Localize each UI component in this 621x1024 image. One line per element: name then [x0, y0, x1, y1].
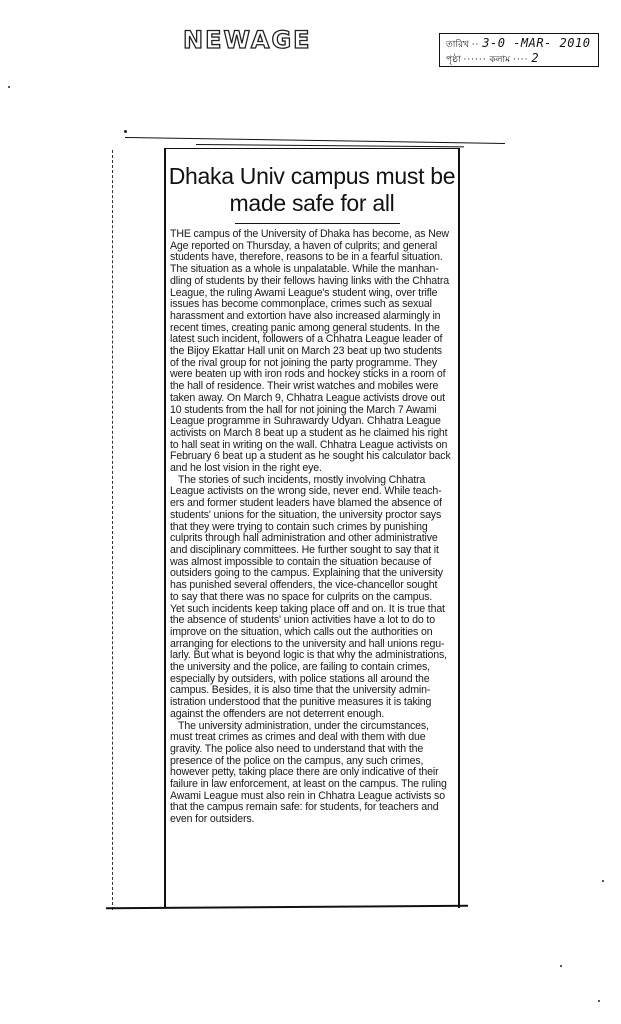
clipping-bottom-rule [106, 905, 468, 910]
clipping-left-edge [112, 150, 113, 910]
article-line: the university and the police, are faili… [170, 662, 458, 674]
article-line: students' unions for the situation, the … [170, 510, 458, 522]
article-line: improve on the situation, which calls ou… [170, 627, 458, 639]
stamp-dots: ······ [463, 55, 486, 65]
article-line: against the offenders are not deterrent … [170, 709, 458, 721]
scan-speck [598, 1000, 600, 1002]
stamp-date-row: তারিখ ·· 3-0 -MAR- 2010 [446, 36, 590, 52]
clipping-top-rule-inner [196, 144, 464, 147]
scan-speck [560, 965, 562, 967]
stamp-dots: ·· [472, 40, 480, 50]
clipping-top-rule [125, 137, 505, 144]
scan-speck [124, 130, 127, 133]
stamp-column-value: 2 [531, 51, 539, 65]
article-line: and he lost vision in the right eye. [170, 463, 458, 475]
article-line: activists on March 8 beat up a student a… [170, 428, 458, 440]
stamp-column-label: কলাম [490, 55, 511, 65]
stamp-dots: ···· [513, 55, 528, 65]
article-headline: Dhaka Univ campus must be made safe for … [166, 163, 458, 217]
article-line: taken away. On March 9, Chhatra League a… [170, 393, 458, 405]
newspaper-masthead: NEWAGE [183, 26, 312, 54]
article-line: dling of students by their fellows havin… [170, 276, 458, 288]
article-line: even for outsiders. [170, 814, 458, 826]
article-line: failure in law enforcement, at least on … [170, 779, 458, 791]
article-body: THE campus of the University of Dhaka ha… [170, 229, 458, 826]
article-line: gravity. The police also need to underst… [170, 744, 458, 756]
article-line: the Bijoy Ekattar Hall unit on March 23 … [170, 346, 458, 358]
stamp-date-label: তারিখ [446, 40, 469, 50]
stamp-date-value: 3-0 -MAR- 2010 [482, 36, 590, 50]
stamp-page-row: পৃষ্ঠা ······ কলাম ···· 2 [446, 51, 539, 67]
headline-underline [235, 223, 400, 224]
scan-speck [8, 86, 10, 88]
headline-line-2: made safe for all [166, 190, 458, 217]
stamp-page-label: পৃষ্ঠা [446, 55, 461, 65]
article-line: to say that there was no space for culpr… [170, 592, 458, 604]
article-line: THE campus of the University of Dhaka ha… [170, 229, 458, 241]
scan-speck [602, 880, 604, 882]
date-page-stamp: তারিখ ·· 3-0 -MAR- 2010 পৃষ্ঠা ······ কল… [439, 33, 599, 67]
article-line: harassment and extortion have also incre… [170, 311, 458, 323]
headline-line-1: Dhaka Univ campus must be [166, 163, 458, 190]
article-line: and disciplinary committees. He further … [170, 545, 458, 557]
